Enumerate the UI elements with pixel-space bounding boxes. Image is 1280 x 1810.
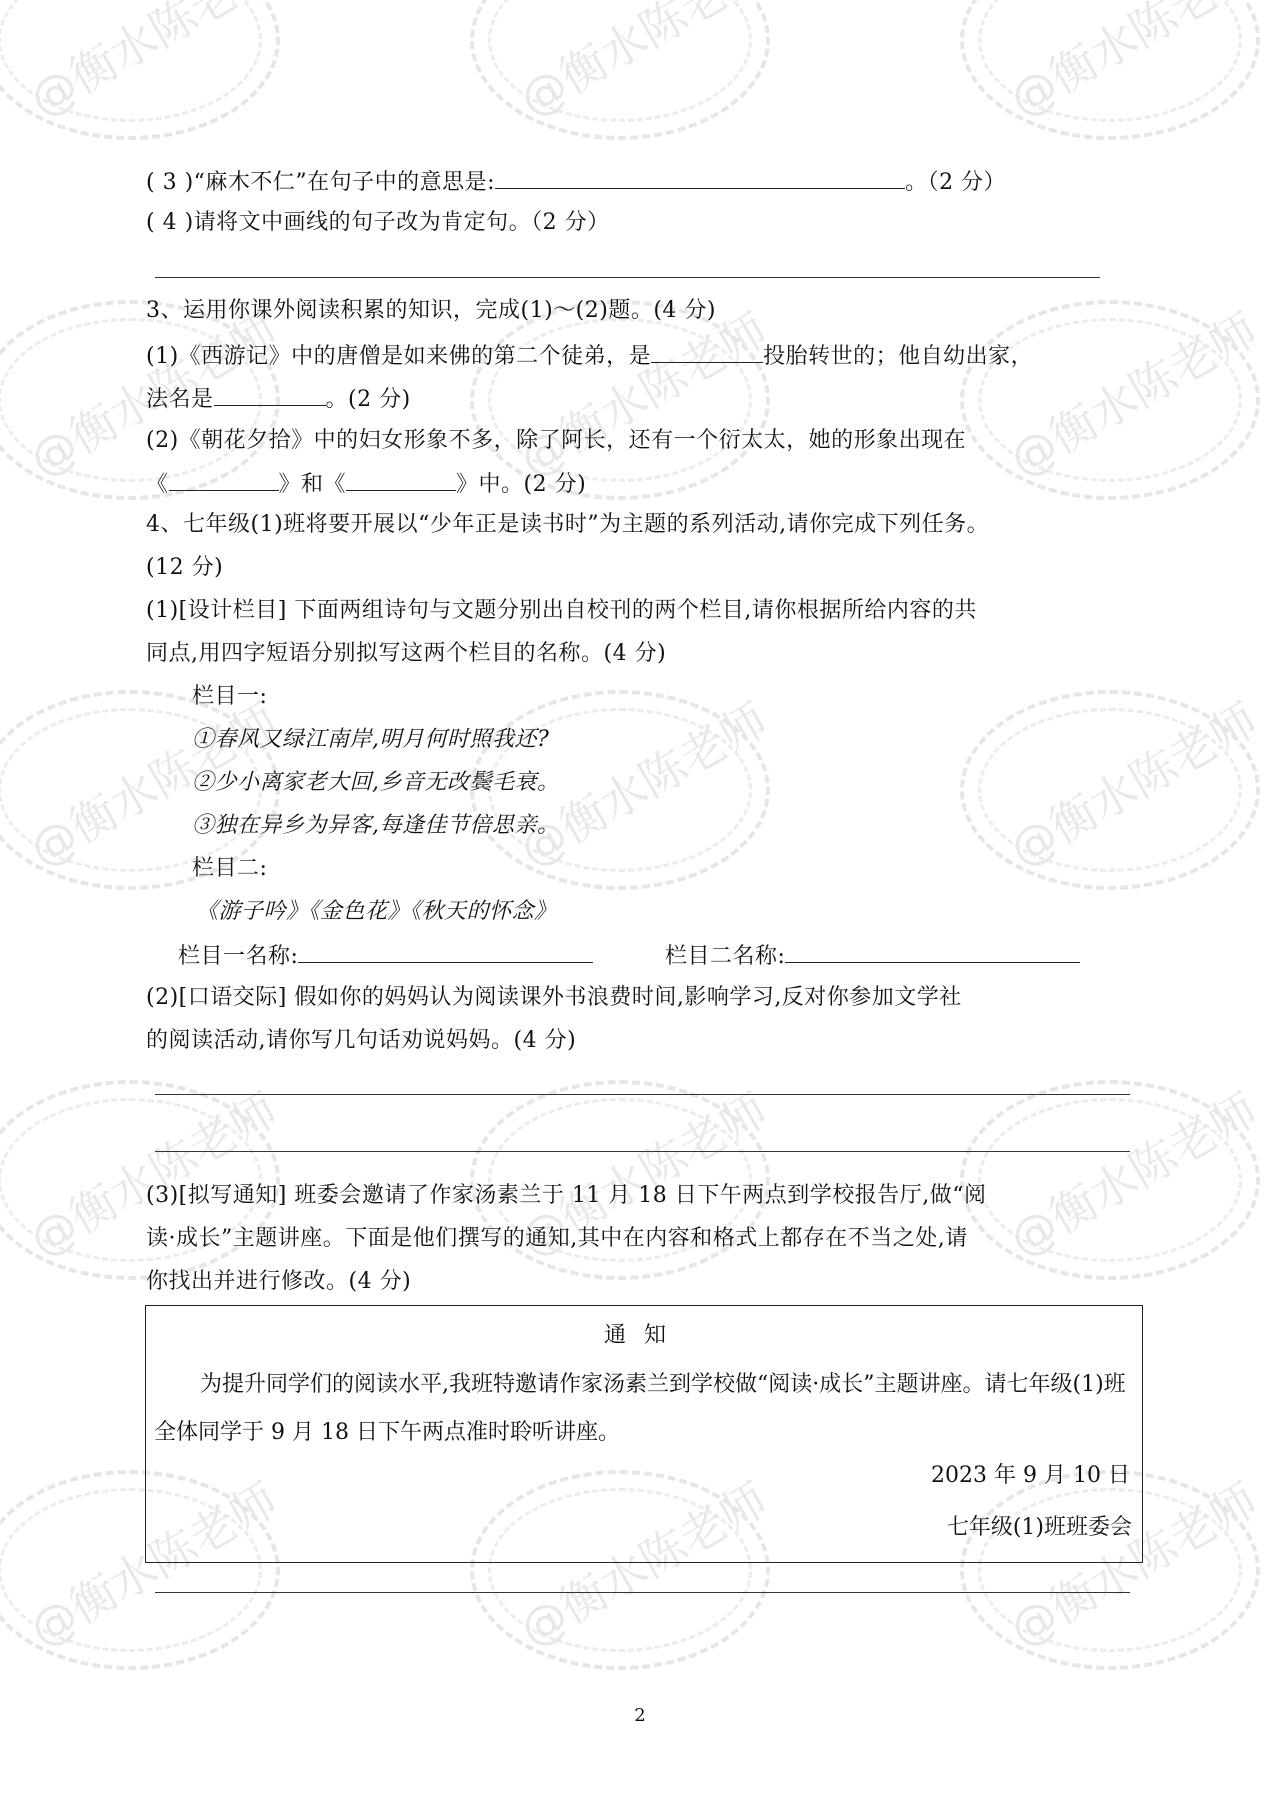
answer-blank[interactable] xyxy=(495,166,905,189)
question-4-sub3: (3)[拟写通知] 班委会邀请了作家汤素兰于 11 月 18 日下午两点到学校报… xyxy=(146,1181,987,1211)
column-2-titles: 《游子吟》《金色花》《秋天的怀念》 xyxy=(196,897,557,927)
answer-line[interactable] xyxy=(155,1592,1130,1593)
answer-line[interactable] xyxy=(155,1151,1130,1152)
notice-date: 2023 年 9 月 10 日 xyxy=(931,1458,1130,1489)
column-2-name-field: 栏目二名称: xyxy=(665,940,1080,972)
answer-line[interactable] xyxy=(155,277,1100,278)
answer-blank[interactable] xyxy=(651,340,763,363)
answer-blank[interactable] xyxy=(214,383,326,406)
answer-line[interactable] xyxy=(155,1094,1130,1095)
column-1-name-field: 栏目一名称: xyxy=(178,940,593,972)
question-3-part-2-cont: 《》和《》中。(2 分) xyxy=(146,468,586,500)
question-4-sub3-cont: 读·成长”主题讲座。下面是他们撰写的通知,其中在内容和格式上都存在不当之处,请 xyxy=(146,1224,968,1254)
question-3-part-2: (2)《朝花夕拾》中的妇女形象不多，除了阿长，还有一个衍太太，她的形象出现在 xyxy=(146,426,966,456)
notice-signature: 七年级(1)班班委会 xyxy=(947,1510,1132,1541)
question-4-sub2: (2)[口语交际] 假如你的妈妈认为阅读课外书浪费时间,影响学习,反对你参加文学… xyxy=(146,983,962,1013)
question-3-part-1: (1)《西游记》中的唐僧是如来佛的第二个徒弟，是投胎转世的；他自幼出家， xyxy=(146,340,1033,372)
notice-box: 通知 为提升同学们的阅读水平,我班特邀请作家汤素兰到学校做“阅读·成长”主题讲座… xyxy=(145,1305,1143,1563)
notice-body: 为提升同学们的阅读水平,我班特邀请作家汤素兰到学校做“阅读·成长”主题讲座。请七… xyxy=(154,1361,1132,1457)
question-3-title: 3、运用你课外阅读积累的知识，完成(1)～(2)题。(4 分) xyxy=(146,296,716,326)
question-3-part-1-cont: 法名是。(2 分) xyxy=(146,383,411,415)
page-number: 2 xyxy=(0,1705,1280,1726)
exam-page: ( 3 )“麻木不仁”在句子中的意思是:。（2 分） ( 4 )请将文中画线的句… xyxy=(0,0,1280,1810)
notice-title: 通知 xyxy=(146,1318,1142,1349)
question-4-score: (12 分) xyxy=(146,553,223,583)
question-4-sub1-cont: 同点,用四字短语分别拟写这两个栏目的名称。(4 分) xyxy=(146,639,666,669)
question-4-sub3-cont2: 你找出并进行修改。(4 分) xyxy=(146,1267,411,1297)
question-4-title: 4、七年级(1)班将要开展以“少年正是读书时”为主题的系列活动,请你完成下列任务… xyxy=(146,510,989,540)
poem-line-3: ③独在异乡为异客,每逢佳节倍思亲。 xyxy=(192,811,560,841)
question-4-rewrite: ( 4 )请将文中画线的句子改为肯定句。（2 分） xyxy=(146,208,610,238)
column-2-label: 栏目二: xyxy=(192,854,267,884)
answer-blank[interactable] xyxy=(346,468,456,491)
answer-blank[interactable] xyxy=(169,468,279,491)
question-4-sub2-cont: 的阅读活动,请你写几句话劝说妈妈。(4 分) xyxy=(146,1026,576,1056)
column-1-label: 栏目一: xyxy=(192,682,267,712)
column-1-name-input[interactable] xyxy=(298,940,593,963)
column-2-name-input[interactable] xyxy=(785,940,1080,963)
question-3-meaning: ( 3 )“麻木不仁”在句子中的意思是:。（2 分） xyxy=(146,166,1006,198)
poem-line-1: ①春风又绿江南岸,明月何时照我还? xyxy=(192,725,549,755)
poem-line-2: ②少小离家老大回,乡音无改鬓毛衰。 xyxy=(192,768,560,798)
question-4-sub1: (1)[设计栏目] 下面两组诗句与文题分别出自校刊的两个栏目,请你根据所给内容的… xyxy=(146,596,977,626)
